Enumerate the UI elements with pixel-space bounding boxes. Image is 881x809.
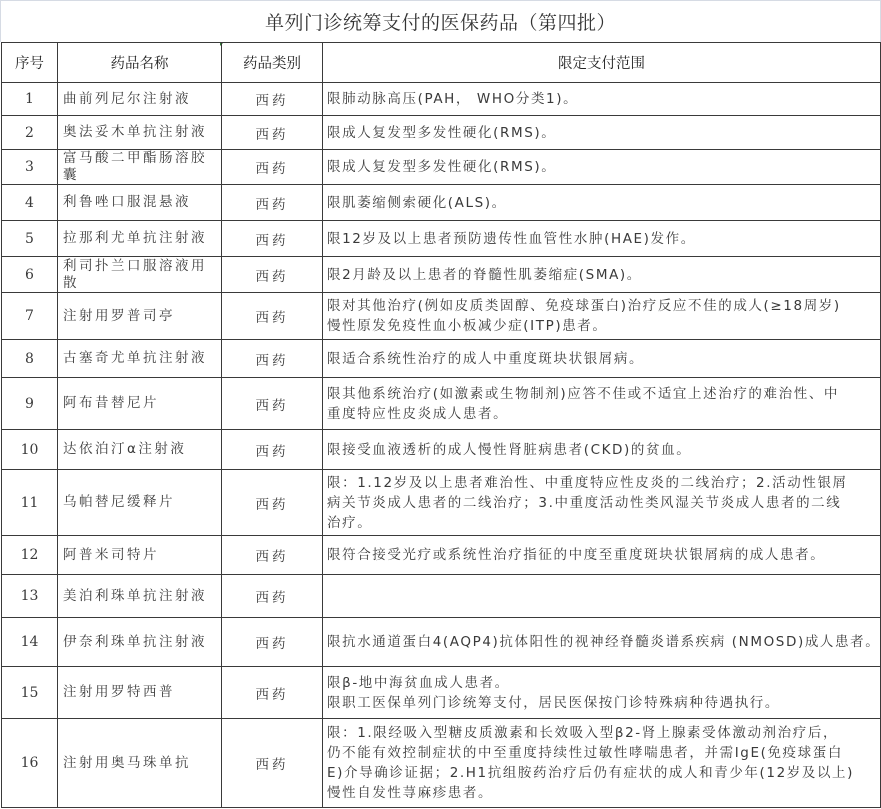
cell-category[interactable]: 西药 bbox=[222, 340, 323, 378]
cell-no[interactable]: 10 bbox=[2, 430, 58, 470]
table-row: 6利司扑兰口服溶液用散西药限2月龄及以上患者的脊髓性肌萎缩症(SMA)。 bbox=[2, 257, 881, 293]
cell-drug-name[interactable]: 阿普米司特片 bbox=[58, 536, 222, 575]
cell-no[interactable]: 3 bbox=[2, 150, 58, 185]
scope-line: 慢性自发性荨麻疹患者。 bbox=[327, 783, 877, 803]
scope-line: 病关节炎成人患者的二线治疗；3.中重度活动性类风湿关节炎成人患者的二线 bbox=[327, 493, 877, 513]
cell-no[interactable]: 6 bbox=[2, 257, 58, 293]
cell-category[interactable]: 西药 bbox=[222, 116, 323, 150]
scope-line: 限职工医保单列门诊统筹支付，居民医保按门诊特殊病种待遇执行。 bbox=[327, 693, 877, 713]
table-row: 8古塞奇尤单抗注射液西药限适合系统性治疗的成人中重度斑块状银屑病。 bbox=[2, 340, 881, 378]
scope-line: 限成人复发型多发性硬化(RMS)。 bbox=[327, 123, 877, 143]
scope-line: 慢性原发免疫性血小板减少症(ITP)患者。 bbox=[327, 316, 877, 336]
cell-no[interactable]: 7 bbox=[2, 293, 58, 340]
table-row: 13美泊利珠单抗注射液西药 bbox=[2, 575, 881, 618]
header-category[interactable]: 药品类别 bbox=[222, 43, 323, 83]
scope-line: 限：1.12岁及以上患者难治性、中重度特应性皮炎的二线治疗；2.活动性银屑 bbox=[327, 473, 877, 493]
cell-category[interactable]: 西药 bbox=[222, 470, 323, 536]
cell-category[interactable]: 西药 bbox=[222, 430, 323, 470]
cell-no[interactable]: 16 bbox=[2, 719, 58, 808]
cell-no[interactable]: 8 bbox=[2, 340, 58, 378]
cell-payment-scope[interactable]: 限2月龄及以上患者的脊髓性肌萎缩症(SMA)。 bbox=[323, 257, 881, 293]
cell-no[interactable]: 11 bbox=[2, 470, 58, 536]
cell-category[interactable]: 西药 bbox=[222, 83, 323, 116]
cell-drug-name[interactable]: 注射用罗普司亭 bbox=[58, 293, 222, 340]
cell-payment-scope[interactable]: 限肺动脉高压(PAH， WHO分类1)。 bbox=[323, 83, 881, 116]
header-row: 序号 药品名称 药品类别 限定支付范围 bbox=[2, 43, 881, 83]
cell-drug-name[interactable]: 达依泊汀α注射液 bbox=[58, 430, 222, 470]
header-payment-scope[interactable]: 限定支付范围 bbox=[323, 43, 881, 83]
cell-drug-name[interactable]: 注射用奥马珠单抗 bbox=[58, 719, 222, 808]
scope-line: 限成人复发型多发性硬化(RMS)。 bbox=[327, 157, 877, 177]
table-row: 16注射用奥马珠单抗西药限：1.限经吸入型糖皮质激素和长效吸入型β2-肾上腺素受… bbox=[2, 719, 881, 808]
cell-payment-scope[interactable]: 限对其他治疗(例如皮质类固醇、免疫球蛋白)治疗反应不佳的成人(≥18周岁)慢性原… bbox=[323, 293, 881, 340]
cell-category[interactable]: 西药 bbox=[222, 667, 323, 719]
scope-line: 限12岁及以上患者预防遗传性血管性水肿(HAE)发作。 bbox=[327, 229, 877, 249]
cell-category[interactable]: 西药 bbox=[222, 536, 323, 575]
cell-payment-scope[interactable] bbox=[323, 575, 881, 618]
table-row: 14伊奈利珠单抗注射液西药限抗水通道蛋白4(AQP4)抗体阳性的视神经脊髓炎谱系… bbox=[2, 618, 881, 667]
document-title: 单列门诊统筹支付的医保药品（第四批） bbox=[0, 0, 881, 42]
cell-no[interactable]: 14 bbox=[2, 618, 58, 667]
cell-payment-scope[interactable]: 限12岁及以上患者预防遗传性血管性水肿(HAE)发作。 bbox=[323, 221, 881, 257]
cell-drug-name[interactable]: 阿布昔替尼片 bbox=[58, 378, 222, 430]
scope-line: 限适合系统性治疗的成人中重度斑块状银屑病。 bbox=[327, 349, 877, 369]
cell-payment-scope[interactable]: 限抗水通道蛋白4(AQP4)抗体阳性的视神经脊髓炎谱系疾病 (NMOSD)成人患… bbox=[323, 618, 881, 667]
scope-line: 重度特应性皮炎成人患者。 bbox=[327, 404, 877, 424]
table-row: 9阿布昔替尼片西药限其他系统治疗(如激素或生物制剂)应答不佳或不适宜上述治疗的难… bbox=[2, 378, 881, 430]
cell-payment-scope[interactable]: 限：1.12岁及以上患者难治性、中重度特应性皮炎的二线治疗；2.活动性银屑病关节… bbox=[323, 470, 881, 536]
cell-drug-name[interactable]: 古塞奇尤单抗注射液 bbox=[58, 340, 222, 378]
cell-category[interactable]: 西药 bbox=[222, 185, 323, 221]
cell-drug-name[interactable]: 利鲁唑口服混悬液 bbox=[58, 185, 222, 221]
cell-payment-scope[interactable]: 限β-地中海贫血成人患者。限职工医保单列门诊统筹支付，居民医保按门诊特殊病种待遇… bbox=[323, 667, 881, 719]
scope-line: 限接受血液透析的成人慢性肾脏病患者(CKD)的贫血。 bbox=[327, 440, 877, 460]
scope-line: 限对其他治疗(例如皮质类固醇、免疫球蛋白)治疗反应不佳的成人(≥18周岁) bbox=[327, 296, 877, 316]
cell-drug-name[interactable]: 利司扑兰口服溶液用散 bbox=[58, 257, 222, 293]
cell-drug-name[interactable]: 伊奈利珠单抗注射液 bbox=[58, 618, 222, 667]
cell-payment-scope[interactable]: 限成人复发型多发性硬化(RMS)。 bbox=[323, 116, 881, 150]
table-row: 2奥法妥木单抗注射液西药限成人复发型多发性硬化(RMS)。 bbox=[2, 116, 881, 150]
table-row: 3富马酸二甲酯肠溶胶囊西药限成人复发型多发性硬化(RMS)。 bbox=[2, 150, 881, 185]
cell-no[interactable]: 15 bbox=[2, 667, 58, 719]
cell-category[interactable]: 西药 bbox=[222, 257, 323, 293]
cell-drug-name[interactable]: 拉那利尤单抗注射液 bbox=[58, 221, 222, 257]
cell-no[interactable]: 12 bbox=[2, 536, 58, 575]
spreadsheet: 单列门诊统筹支付的医保药品（第四批） 序号 药品名称 药品类别 限定支付范围 1… bbox=[0, 0, 881, 809]
drug-table: 序号 药品名称 药品类别 限定支付范围 1曲前列尼尔注射液西药限肺动脉高压(PA… bbox=[1, 42, 881, 808]
header-drug-name[interactable]: 药品名称 bbox=[58, 43, 222, 83]
scope-line: 限肺动脉高压(PAH， WHO分类1)。 bbox=[327, 89, 877, 109]
cell-payment-scope[interactable]: 限适合系统性治疗的成人中重度斑块状银屑病。 bbox=[323, 340, 881, 378]
cell-drug-name[interactable]: 美泊利珠单抗注射液 bbox=[58, 575, 222, 618]
cell-category[interactable]: 西药 bbox=[222, 575, 323, 618]
table-row: 15注射用罗特西普西药限β-地中海贫血成人患者。限职工医保单列门诊统筹支付，居民… bbox=[2, 667, 881, 719]
table-row: 10达依泊汀α注射液西药限接受血液透析的成人慢性肾脏病患者(CKD)的贫血。 bbox=[2, 430, 881, 470]
scope-line: E)介导确诊证据；2.H1抗组胺药治疗后仍有症状的成人和青少年(12岁及以上) bbox=[327, 763, 877, 783]
cell-no[interactable]: 1 bbox=[2, 83, 58, 116]
cell-no[interactable]: 2 bbox=[2, 116, 58, 150]
scope-line: 限符合接受光疗或系统性治疗指征的中度至重度斑块状银屑病的成人患者。 bbox=[327, 545, 877, 565]
cell-no[interactable]: 4 bbox=[2, 185, 58, 221]
cell-no[interactable]: 9 bbox=[2, 378, 58, 430]
cell-payment-scope[interactable]: 限接受血液透析的成人慢性肾脏病患者(CKD)的贫血。 bbox=[323, 430, 881, 470]
cell-payment-scope[interactable]: 限成人复发型多发性硬化(RMS)。 bbox=[323, 150, 881, 185]
cell-payment-scope[interactable]: 限肌萎缩侧索硬化(ALS)。 bbox=[323, 185, 881, 221]
table-row: 12阿普米司特片西药限符合接受光疗或系统性治疗指征的中度至重度斑块状银屑病的成人… bbox=[2, 536, 881, 575]
cell-no[interactable]: 13 bbox=[2, 575, 58, 618]
table-row: 5拉那利尤单抗注射液西药限12岁及以上患者预防遗传性血管性水肿(HAE)发作。 bbox=[2, 221, 881, 257]
cell-drug-name[interactable]: 富马酸二甲酯肠溶胶囊 bbox=[58, 150, 222, 185]
cell-category[interactable]: 西药 bbox=[222, 378, 323, 430]
table-row: 7注射用罗普司亭西药限对其他治疗(例如皮质类固醇、免疫球蛋白)治疗反应不佳的成人… bbox=[2, 293, 881, 340]
table-row: 1曲前列尼尔注射液西药限肺动脉高压(PAH， WHO分类1)。 bbox=[2, 83, 881, 116]
cell-category[interactable]: 西药 bbox=[222, 719, 323, 808]
scope-line: 限抗水通道蛋白4(AQP4)抗体阳性的视神经脊髓炎谱系疾病 (NMOSD)成人患… bbox=[327, 632, 877, 652]
cell-drug-name[interactable]: 乌帕替尼缓释片 bbox=[58, 470, 222, 536]
scope-line: 限肌萎缩侧索硬化(ALS)。 bbox=[327, 193, 877, 213]
cell-category[interactable]: 西药 bbox=[222, 618, 323, 667]
scope-line: 治疗。 bbox=[327, 513, 877, 533]
scope-line: 限2月龄及以上患者的脊髓性肌萎缩症(SMA)。 bbox=[327, 265, 877, 285]
cell-no[interactable]: 5 bbox=[2, 221, 58, 257]
cell-payment-scope[interactable]: 限：1.限经吸入型糖皮质激素和长效吸入型β2-肾上腺素受体激动剂治疗后，仍不能有… bbox=[323, 719, 881, 808]
cell-category[interactable]: 西药 bbox=[222, 221, 323, 257]
cell-drug-name[interactable]: 注射用罗特西普 bbox=[58, 667, 222, 719]
cell-category[interactable]: 西药 bbox=[222, 150, 323, 185]
scope-line: 限β-地中海贫血成人患者。 bbox=[327, 673, 877, 693]
cell-payment-scope[interactable]: 限符合接受光疗或系统性治疗指征的中度至重度斑块状银屑病的成人患者。 bbox=[323, 536, 881, 575]
scope-line: 限其他系统治疗(如激素或生物制剂)应答不佳或不适宜上述治疗的难治性、中 bbox=[327, 384, 877, 404]
cell-payment-scope[interactable]: 限其他系统治疗(如激素或生物制剂)应答不佳或不适宜上述治疗的难治性、中重度特应性… bbox=[323, 378, 881, 430]
cell-drug-name[interactable]: 曲前列尼尔注射液 bbox=[58, 83, 222, 116]
scope-line: 仍不能有效控制症状的中至重度持续性过敏性哮喘患者，并需IgE(免疫球蛋白 bbox=[327, 743, 877, 763]
table-row: 4利鲁唑口服混悬液西药限肌萎缩侧索硬化(ALS)。 bbox=[2, 185, 881, 221]
table-row: 11乌帕替尼缓释片西药限：1.12岁及以上患者难治性、中重度特应性皮炎的二线治疗… bbox=[2, 470, 881, 536]
header-no[interactable]: 序号 bbox=[2, 43, 58, 83]
cell-drug-name[interactable]: 奥法妥木单抗注射液 bbox=[58, 116, 222, 150]
scope-line: 限：1.限经吸入型糖皮质激素和长效吸入型β2-肾上腺素受体激动剂治疗后， bbox=[327, 723, 877, 743]
cell-category[interactable]: 西药 bbox=[222, 293, 323, 340]
